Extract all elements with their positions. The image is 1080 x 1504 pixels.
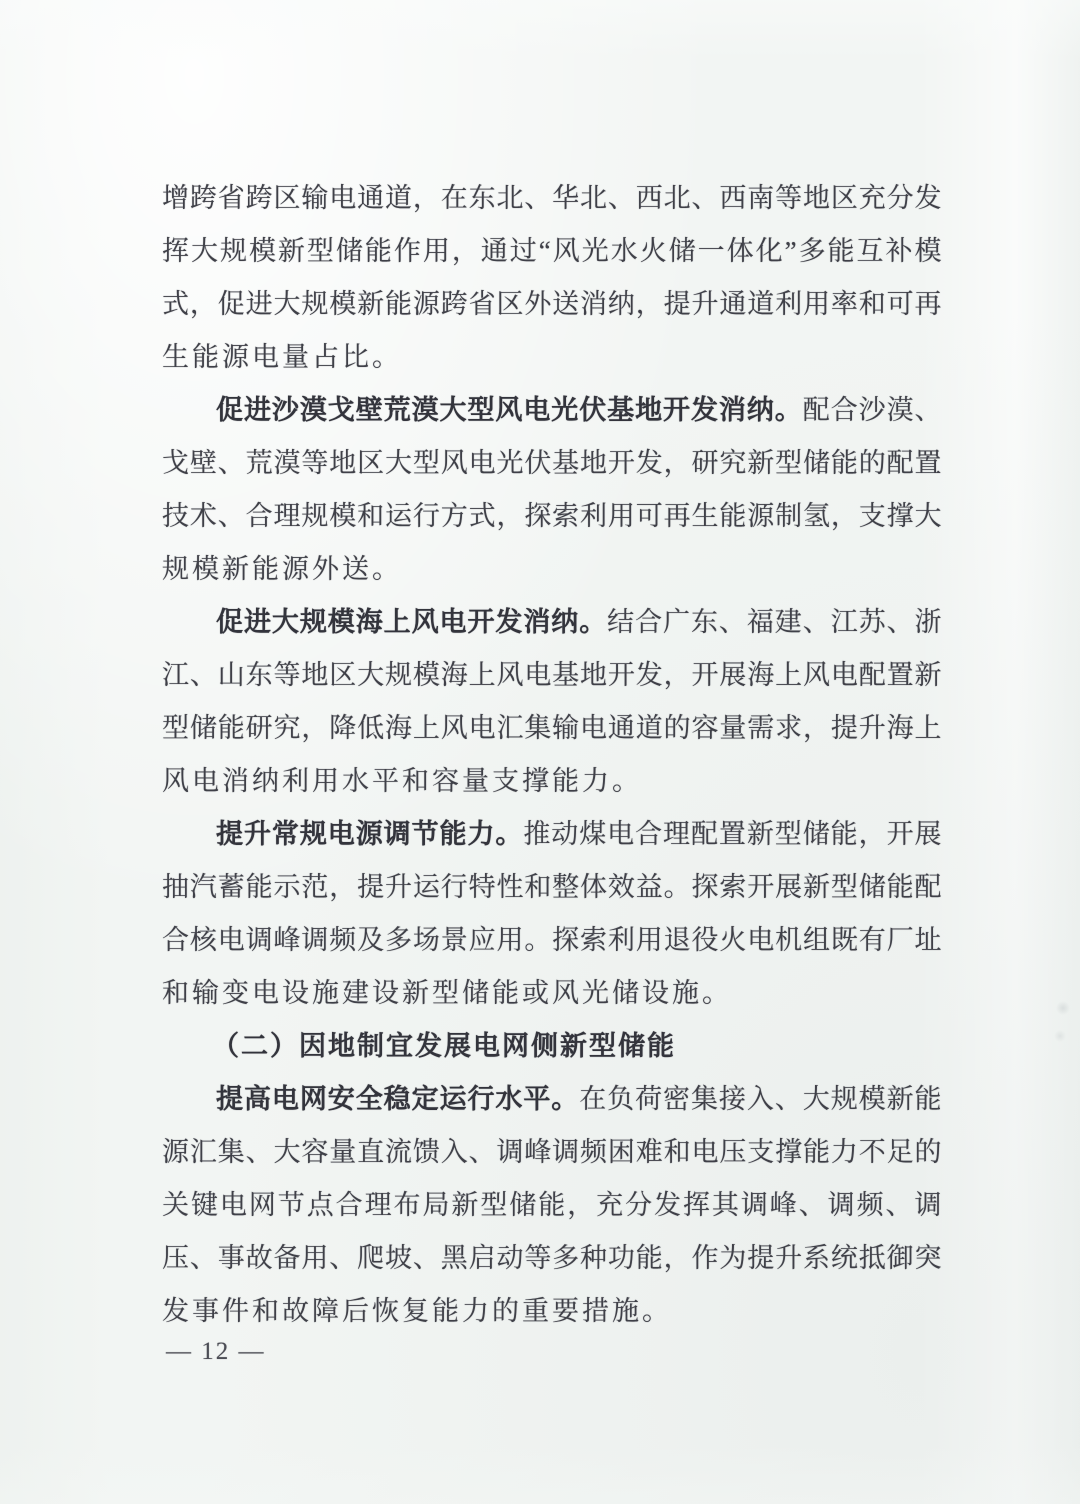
paragraph-lead-rest: 结合广东、福建、江苏、浙: [607, 607, 942, 637]
paragraph-lead-rest: 在负荷密集接入、大规模新能: [579, 1084, 942, 1114]
text-line: 挥大规模新型储能作用，通过“风光水火储一体化”多能互补模: [162, 225, 942, 278]
paragraph-lead: 促进大规模海上风电开发消纳。: [216, 607, 607, 637]
text-line: 型储能研究，降低海上风电汇集输电通道的容量需求，提升海上: [162, 702, 942, 755]
text-line: 提升常规电源调节能力。推动煤电合理配置新型储能，开展: [162, 808, 942, 861]
paragraph: 提高电网安全稳定运行水平。在负荷密集接入、大规模新能 源汇集、大容量直流馈入、调…: [162, 1073, 942, 1338]
paragraph: 提升常规电源调节能力。推动煤电合理配置新型储能，开展 抽汽蓄能示范，提升运行特性…: [162, 808, 942, 1020]
paragraph-lead-rest: 推动煤电合理配置新型储能，开展: [523, 819, 942, 849]
text-line: 增跨省跨区输电通道，在东北、华北、西北、西南等地区充分发: [162, 172, 942, 225]
scanned-document-page: 增跨省跨区输电通道，在东北、华北、西北、西南等地区充分发 挥大规模新型储能作用，…: [0, 0, 1080, 1504]
paragraph: 促进大规模海上风电开发消纳。结合广东、福建、江苏、浙 江、山东等地区大规模海上风…: [162, 596, 942, 808]
paragraph-lead: 促进沙漠戈壁荒漠大型风电光伏基地开发消纳。: [216, 395, 803, 425]
text-line: 合核电调峰调频及多场景应用。探索利用退役火电机组既有厂址: [162, 914, 942, 967]
text-line: 抽汽蓄能示范，提升运行特性和整体效益。探索开展新型储能配: [162, 861, 942, 914]
text-line: 促进大规模海上风电开发消纳。结合广东、福建、江苏、浙: [162, 596, 942, 649]
document-body: 增跨省跨区输电通道，在东北、华北、西北、西南等地区充分发 挥大规模新型储能作用，…: [162, 172, 942, 1338]
section-heading: （二）因地制宜发展电网侧新型储能: [162, 1020, 942, 1073]
paragraph-lead: 提高电网安全稳定运行水平。: [216, 1084, 579, 1114]
text-line: 风电消纳利用水平和容量支撑能力。: [162, 755, 942, 808]
text-line: 江、山东等地区大规模海上风电基地开发，开展海上风电配置新: [162, 649, 942, 702]
page-number: — 12 —: [166, 1332, 266, 1372]
text-line: 技术、合理规模和运行方式，探索利用可再生能源制氢，支撑大: [162, 490, 942, 543]
paragraph-lead: 提升常规电源调节能力。: [216, 819, 523, 849]
paragraph: 促进沙漠戈壁荒漠大型风电光伏基地开发消纳。配合沙漠、 戈壁、荒漠等地区大型风电光…: [162, 384, 942, 596]
text-line: 关键电网节点合理布局新型储能，充分发挥其调峰、调频、调: [162, 1179, 942, 1232]
paragraph-lead-rest: 配合沙漠、: [803, 395, 942, 425]
text-line: 式，促进大规模新能源跨省区外送消纳，提升通道利用率和可再: [162, 278, 942, 331]
text-line: 发事件和故障后恢复能力的重要措施。: [162, 1285, 942, 1338]
text-line: 源汇集、大容量直流馈入、调峰调频困难和电压支撑能力不足的: [162, 1126, 942, 1179]
text-line: 规模新能源外送。: [162, 543, 942, 596]
text-line: 压、事故备用、爬坡、黑启动等多种功能，作为提升系统抵御突: [162, 1232, 942, 1285]
text-line: 提高电网安全稳定运行水平。在负荷密集接入、大规模新能: [162, 1073, 942, 1126]
paragraph: 增跨省跨区输电通道，在东北、华北、西北、西南等地区充分发 挥大规模新型储能作用，…: [162, 172, 942, 384]
text-line: 戈壁、荒漠等地区大型风电光伏基地开发，研究新型储能的配置: [162, 437, 942, 490]
text-line: 促进沙漠戈壁荒漠大型风电光伏基地开发消纳。配合沙漠、: [162, 384, 942, 437]
text-line: 和输变电设施建设新型储能或风光储设施。: [162, 967, 942, 1020]
text-line: 生能源电量占比。: [162, 331, 942, 384]
